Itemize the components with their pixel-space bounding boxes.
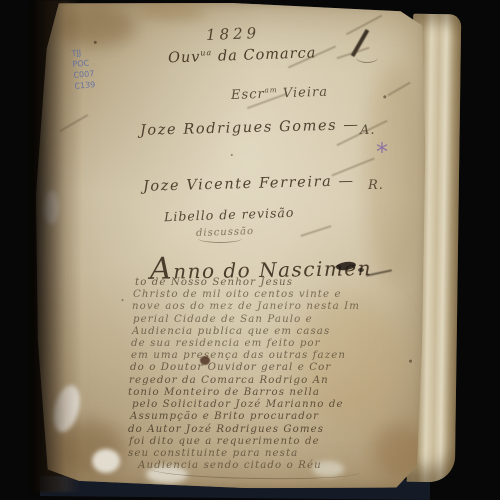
body-line: Christo de mil oito centos vinte e <box>133 289 342 300</box>
court-abbr: Ouv <box>168 49 201 66</box>
body-line: nove aos do mez de Janeiro nesta Im <box>132 301 360 312</box>
body-line: to de Nosso Senhor Jesus <box>135 277 293 288</box>
subtitle-flourish <box>198 234 242 243</box>
closing-flourish <box>150 460 360 481</box>
body-line: Assumpção e Brito procurador <box>130 411 319 422</box>
body-line: foi dito que a requerimento de <box>129 436 320 447</box>
body-line: pelo Solicitador Jozé Marianno de <box>132 399 344 410</box>
clerk-abbr: Escr <box>231 87 265 103</box>
body-line: do Autor Jozé Rodrigues Gomes <box>128 424 324 435</box>
photo-stage: TJJ POC C007 C139 1829 Ouvua da Comarca … <box>0 0 500 500</box>
body-line: em uma presença das outras fazen <box>131 350 346 361</box>
body-line: do o Doutor Ouvidor geral e Cor <box>130 362 331 373</box>
archival-code: TJJ POC C007 C139 <box>71 46 96 92</box>
brown-stain <box>200 356 210 365</box>
court-superscript: ua <box>200 48 212 57</box>
clerk-heading: Escram Vieira <box>231 83 328 103</box>
showthrough-stroke <box>387 82 411 97</box>
body-line: tonio Monteiro de Barros nella <box>128 387 320 398</box>
case-title: Libello de revisão <box>164 205 295 225</box>
year-heading: 1829 <box>206 24 261 44</box>
showthrough-stroke <box>60 114 89 132</box>
body-line: regedor da Comarca Rodrigo An <box>129 375 329 386</box>
folio-mark-curl <box>356 52 378 63</box>
defendant-role: R. <box>368 178 384 193</box>
plaintiff-name: Joze Rodrigues Gomes — <box>140 117 360 139</box>
archival-code-line: C139 <box>74 79 96 92</box>
clerk-superscript: am <box>264 85 277 94</box>
defendant-name: Joze Vicente Ferreira — <box>143 173 355 195</box>
body-line: Audiencia publica que em casas <box>132 326 330 337</box>
body-line: perial Cidade de San Paulo e <box>133 314 313 325</box>
purple-asterisk-mark: * <box>376 138 388 166</box>
showthrough-stroke <box>300 225 331 237</box>
body-line: de sua residencia em feito por <box>131 338 321 349</box>
body-line: seu constituinte para nesta <box>128 448 298 459</box>
ink-blot <box>358 268 364 272</box>
